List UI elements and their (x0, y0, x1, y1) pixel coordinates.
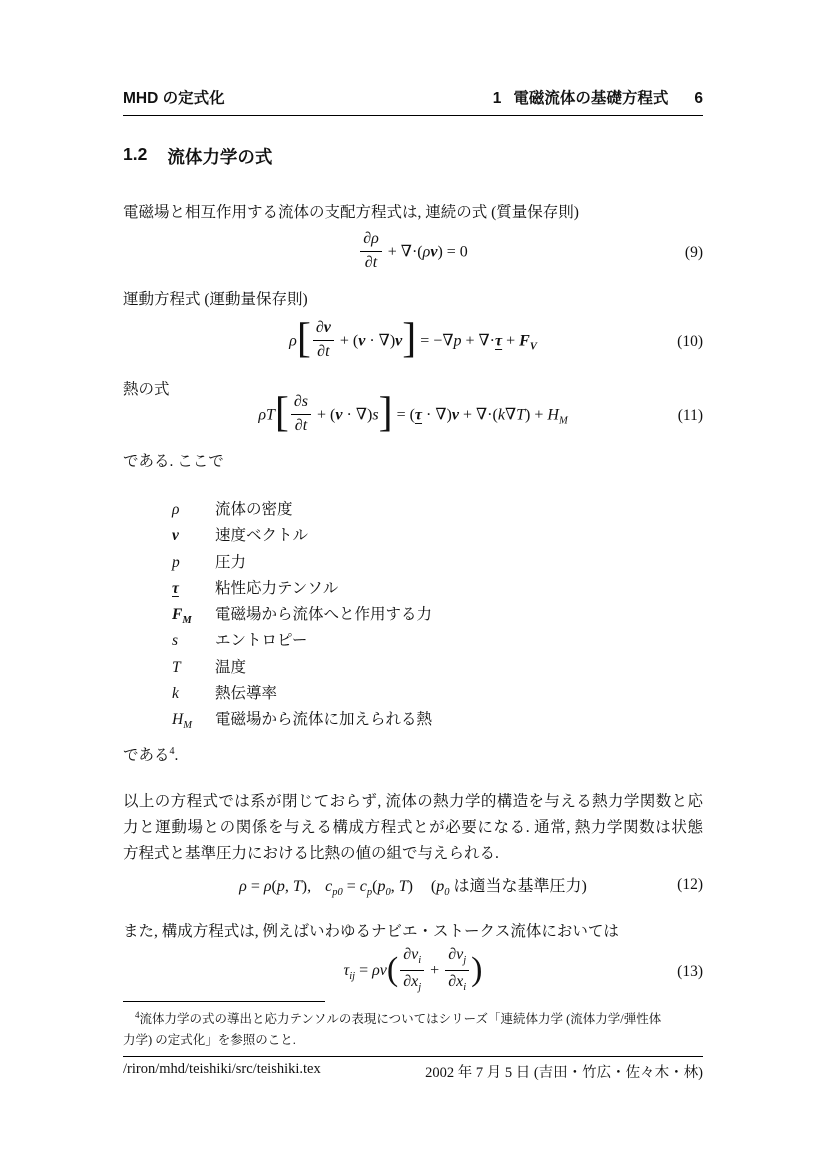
text-line: 方程式と基準圧力における比熱の値の組で与えられる. (123, 841, 703, 867)
footnote: 4流体力学の式の導出と応力テンソルの表現についてはシリーズ「連続体力学 (流体力… (123, 1005, 703, 1051)
stress-tensor-symbol: τ (415, 407, 422, 424)
symbol: s (172, 632, 215, 650)
header-right: 1 電磁流体の基礎方程式 6 (493, 86, 703, 108)
left-bracket: [ (297, 316, 311, 362)
symbol: T (172, 659, 215, 677)
paragraph-dearu: である4. (123, 744, 703, 767)
symbol: F (172, 606, 182, 623)
symbol-row-hm: HM 電磁場から流体に加えられる熱 (172, 707, 692, 733)
section-title-text: 流体力学の式 (167, 144, 272, 169)
fraction: ∂s∂t (291, 393, 311, 435)
document-page: MHD の定式化 1 電磁流体の基礎方程式 6 1.2 流体力学の式 電磁場と相… (0, 0, 826, 1169)
footer-file-path: /riron/mhd/teishiki/src/teishiki.tex (123, 1061, 321, 1082)
symbol-row-tau: τ 粘性応力テンソル (172, 576, 692, 602)
equation-9-body: ∂ρ∂t + ∇·(ρv) = 0 (358, 232, 468, 274)
section-heading: 1.2 流体力学の式 (123, 144, 703, 169)
symbol-description: 流体の密度 (215, 497, 293, 519)
symbol-description: 熱伝導率 (215, 681, 277, 703)
page-number: 6 (694, 90, 703, 108)
footer-date-authors: 2002 年 7 月 5 日 (吉田・竹広・佐々木・林) (425, 1061, 703, 1082)
symbol-row-p: p 圧力 (172, 550, 692, 576)
symbol-description: 温度 (215, 655, 246, 677)
symbol-row-fm: FM 電磁場から流体へと作用する力 (172, 602, 692, 628)
equation-10-body: ρ[∂v∂t + (v · ∇)v] = −∇p + ∇·τ + FV (289, 318, 537, 366)
symbol-description: 粘性応力テンソル (215, 576, 338, 598)
fraction: ∂vj∂xi (445, 946, 469, 993)
equation-number-12: (12) (677, 876, 703, 894)
paragraph-closure: 以上の方程式では系が閉じておらず, 流体の熱力学的構造を与える熱力学関数と応 力… (123, 789, 703, 867)
symbol-row-rho: ρ 流体の密度 (172, 497, 692, 523)
equation-number-10: (10) (677, 333, 703, 351)
footnote-line: 4流体力学の式の導出と応力テンソルの表現についてはシリーズ「連続体力学 (流体力… (123, 1005, 703, 1030)
fraction: ∂vi∂xj (400, 946, 424, 993)
symbol: H (172, 711, 183, 728)
text-line: 力と運動場との関係を与える構成方程式とが必要になる. 通常, 熱力学関数は状態 (123, 815, 703, 841)
header-section-title: 電磁流体の基礎方程式 (513, 86, 668, 108)
symbol-row-t: T 温度 (172, 655, 692, 681)
equation-state: ρ = ρ(p, T),cp0 = cp(p0, T)(p0 は適当な基準圧力)… (123, 868, 703, 902)
symbol-row-s: s エントロピー (172, 628, 692, 654)
footer-rule (123, 1056, 703, 1057)
equation-11-body: ρT[∂s∂t + (v · ∇)s] = (τ · ∇)v + ∇·(k∇T)… (258, 392, 567, 440)
symbol: τ (172, 580, 179, 597)
header-doc-title: MHD の定式化 (123, 86, 225, 108)
equation-continuity: ∂ρ∂t + ∇·(ρv) = 0 (9) (123, 228, 703, 278)
header-section-number: 1 (493, 90, 502, 108)
symbol-list: ρ 流体の密度 v 速度ベクトル p 圧力 τ 粘性応力テンソル FM 電磁場か… (172, 497, 692, 734)
left-paren: ( (387, 951, 398, 988)
paragraph-dearu-kokode: である. ここで (123, 450, 703, 473)
footnote-rule (123, 1001, 325, 1002)
symbol: v (172, 527, 215, 545)
fraction: ∂v∂t (313, 319, 334, 361)
right-paren: ) (471, 951, 482, 988)
symbol: k (172, 685, 215, 703)
symbol-row-v: v 速度ベクトル (172, 523, 692, 549)
equation-stress: τij = ρν(∂vi∂xj + ∂vj∂xi) (13) (123, 946, 703, 998)
fraction: ∂ρ∂t (360, 230, 382, 272)
symbol-description: エントロピー (215, 628, 307, 650)
right-bracket: ] (379, 390, 393, 436)
symbol-description: 電磁場から流体へと作用する力 (215, 602, 432, 624)
symbol-description: 速度ベクトル (215, 523, 308, 545)
page-header: MHD の定式化 1 電磁流体の基礎方程式 6 (123, 86, 703, 116)
symbol-description: 圧力 (215, 550, 246, 572)
equation-12-body: ρ = ρ(p, T),cp0 = cp(p0, T)(p0 は適当な基準圧力) (239, 873, 587, 898)
symbol-description: 電磁場から流体に加えられる熱 (215, 707, 432, 729)
equation-momentum: ρ[∂v∂t + (v · ∇)v] = −∇p + ∇·τ + FV (10) (123, 314, 703, 370)
right-bracket: ] (402, 316, 416, 362)
paragraph-constitutive: また, 構成方程式は, 例えばいわゆるナビエ・ストークス流体においては (123, 920, 703, 943)
equation-13-body: τij = ρν(∂vi∂xj + ∂vj∂xi) (344, 948, 483, 995)
paragraph-momentum: 運動方程式 (運動量保存則) (123, 288, 703, 311)
section-number: 1.2 (123, 144, 147, 169)
equation-number-11: (11) (678, 407, 703, 425)
page-footer: /riron/mhd/teishiki/src/teishiki.tex 200… (123, 1061, 703, 1082)
equation-heat: ρT[∂s∂t + (v · ∇)s] = (τ · ∇)v + ∇·(k∇T)… (123, 390, 703, 442)
footnote-line: 力学) の定式化」を参照のこと. (123, 1030, 703, 1051)
left-bracket: [ (275, 390, 289, 436)
paragraph-intro: 電磁場と相互作用する流体の支配方程式は, 連続の式 (質量保存則) (123, 201, 703, 224)
symbol: ρ (172, 501, 215, 519)
equation-number-13: (13) (677, 963, 703, 981)
symbol: p (172, 554, 215, 572)
symbol-row-k: k 熱伝導率 (172, 681, 692, 707)
equation-number-9: (9) (685, 244, 703, 262)
text-line: 以上の方程式では系が閉じておらず, 流体の熱力学的構造を与える熱力学関数と応 (123, 789, 703, 815)
